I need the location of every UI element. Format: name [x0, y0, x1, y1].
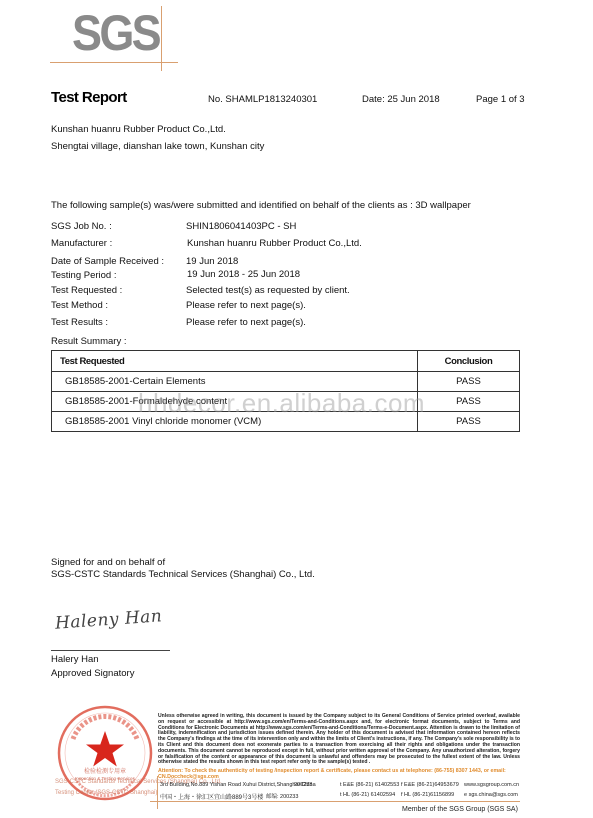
signatory-title: Approved Signatory: [51, 668, 134, 679]
footer-email[interactable]: e sgs.china@sgs.com: [464, 792, 518, 798]
field-label-date-received: Date of Sample Received :: [51, 256, 164, 267]
legal-disclaimer: Unless otherwise agreed in writing, this…: [158, 714, 520, 766]
footer-tel-ee: t E&E (86-21) 61402553: [340, 782, 399, 788]
footer-vertical-rule: [157, 776, 158, 809]
table-row: GB18585-2001-Certain Elements PASS: [52, 372, 520, 392]
report-date: Date: 25 Jun 2018: [362, 94, 440, 105]
field-value-testing-period: 19 Jun 2018 - 25 Jun 2018: [187, 269, 300, 280]
signatory-name: Halery Han: [51, 654, 99, 665]
field-label-job-no: SGS Job No. :: [51, 221, 112, 232]
footer-horizontal-rule: [150, 801, 520, 802]
sgs-logo: SGS: [50, 6, 178, 68]
field-label-manufacturer: Manufacturer :: [51, 238, 112, 249]
sample-intro: The following sample(s) was/were submitt…: [51, 200, 471, 211]
client-name: Kunshan huanru Rubber Product Co.,Ltd.: [51, 124, 226, 135]
handwritten-signature: Haleny Han: [54, 606, 162, 633]
field-value-manufacturer: Kunshan huanru Rubber Product Co.,Ltd.: [187, 238, 362, 249]
field-value-test-requested: Selected test(s) as requested by client.: [186, 285, 350, 296]
field-label-test-method: Test Method :: [51, 300, 108, 311]
client-address: Shengtai village, dianshan lake town, Ku…: [51, 141, 264, 152]
sgs-group-membership: Member of the SGS Group (SGS SA): [402, 806, 518, 813]
table-row: GB18585-2001-Formaldehyde content PASS: [52, 392, 520, 412]
field-value-test-results: Please refer to next page(s).: [186, 317, 306, 328]
footer-postcode-cn: 邮编: 200233: [266, 792, 298, 800]
column-header-conclusion: Conclusion: [418, 351, 520, 372]
field-label-test-requested: Test Requested :: [51, 285, 122, 296]
result-summary-table: Test Requested Conclusion GB18585-2001-C…: [51, 350, 520, 432]
conclusion-cell: PASS: [418, 412, 520, 432]
stamp-center-text: 检验检测专用章: [84, 767, 126, 775]
signed-on-behalf-line: Signed for and on behalf of: [51, 557, 165, 568]
footer-fax-hl: f HL (86-21)61156899: [401, 792, 454, 798]
report-title: Test Report: [51, 89, 127, 106]
footer-address-en: 3rd Building,No.889 Yishan Road Xuhui Di…: [160, 782, 316, 788]
report-number: No. SHAMLP1813240301: [208, 94, 317, 105]
official-seal-icon: 检验检测专用章 Inspection & Testing Services: [55, 703, 155, 803]
conclusion-cell: PASS: [418, 392, 520, 412]
footer-tel-hl: t HL (86-21) 61402594: [340, 792, 395, 798]
page-indicator: Page 1 of 3: [476, 94, 525, 105]
table-header-row: Test Requested Conclusion: [52, 351, 520, 372]
result-summary-label: Result Summary :: [51, 336, 127, 347]
stamp-caption-center: Testing Center (SGS-CSTC Shanghai): [55, 790, 157, 796]
test-name-cell: GB18585-2001 Vinyl chloride monomer (VCM…: [52, 412, 418, 432]
footer-website[interactable]: www.sgsgroup.com.cn: [464, 782, 519, 788]
sgs-logo-text: SGS: [72, 8, 159, 58]
column-header-test-requested: Test Requested: [52, 351, 418, 372]
field-label-testing-period: Testing Period :: [51, 270, 116, 281]
field-value-date-received: 19 Jun 2018: [186, 256, 238, 267]
field-value-test-method: Please refer to next page(s).: [186, 300, 306, 311]
test-name-cell: GB18585-2001-Formaldehyde content: [52, 392, 418, 412]
conclusion-cell: PASS: [418, 372, 520, 392]
logo-horizontal-rule: [50, 62, 178, 63]
signing-company: SGS-CSTC Standards Technical Services (S…: [51, 569, 315, 580]
test-name-cell: GB18585-2001-Certain Elements: [52, 372, 418, 392]
footer-address-cn: 中国・上海・徐汇区宜山路889号3号楼: [160, 792, 263, 801]
footer-postcode-en: 200233: [294, 782, 312, 788]
table-row: GB18585-2001 Vinyl chloride monomer (VCM…: [52, 412, 520, 432]
field-label-test-results: Test Results :: [51, 317, 108, 328]
field-value-job-no: SHIN1806041403PC - SH: [186, 221, 296, 232]
logo-vertical-rule: [161, 6, 162, 71]
signature-line: [51, 650, 170, 651]
footer-fax-ee: f E&E (86-21)64953679: [401, 782, 459, 788]
authenticity-notice: Attention: To check the authenticity of …: [158, 768, 528, 780]
